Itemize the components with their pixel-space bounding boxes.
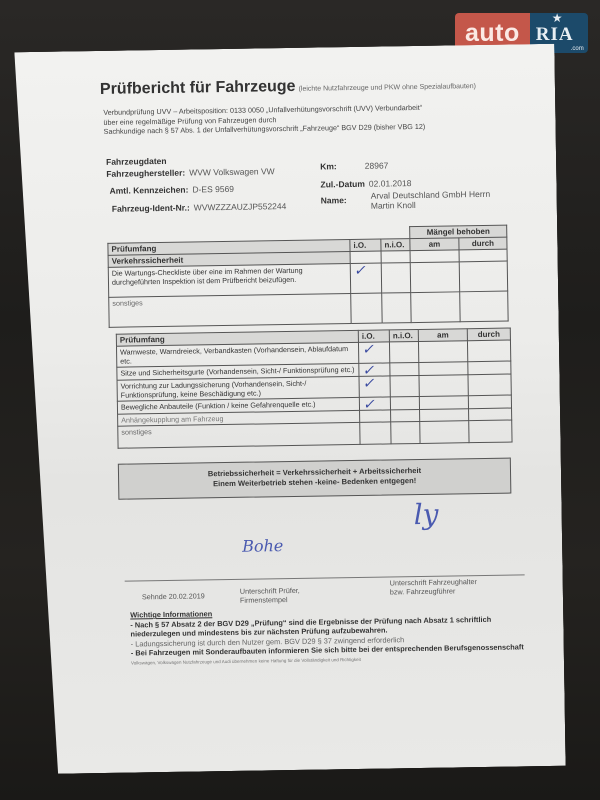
- check-mark-icon: ✓: [358, 342, 389, 363]
- km-field: Km:28967: [320, 160, 388, 171]
- title-text: Prüfbericht für Fahrzeuge: [100, 78, 296, 98]
- other-row-text: sonstiges: [118, 422, 360, 448]
- watermark-ria-text: RIA: [536, 24, 574, 46]
- col-by: durch: [459, 237, 507, 250]
- plate-field: Amtl. Kennzeichen:D-ES 9569: [109, 184, 234, 196]
- inspection-report-paper: Prüfbericht für Fahrzeuge(leichte Nutzfa…: [14, 44, 565, 774]
- owner-signature: ly: [413, 498, 438, 531]
- owner-label: Unterschrift Fahrzeughalter bzw. Fahrzeu…: [390, 577, 480, 596]
- vin-field: Fahrzeug-Ident-Nr.:WVWZZZAUZJP552244: [112, 201, 287, 214]
- col-nok: n.i.O.: [381, 239, 410, 251]
- col-on: am: [410, 238, 459, 251]
- important-information: Wichtige Informationen - Nach § 57 Absat…: [130, 604, 531, 666]
- inspector-label: Unterschrift Prüfer, Firmenstempel: [240, 586, 320, 605]
- name-field: Name:: [321, 195, 347, 205]
- reg-date-field: Zul.-Datum02.01.2018: [320, 178, 411, 189]
- check-mark-icon: ✓: [359, 376, 390, 397]
- col-nok: n.i.O.: [389, 329, 418, 341]
- plate-label: Amtl. Kennzeichen:: [109, 185, 188, 196]
- watermark-com-text: .com: [571, 46, 584, 52]
- traffic-safety-table: Mängel behoben Prüfumfang i.O. n.i.O. am…: [107, 225, 508, 328]
- name-label: Name:: [321, 195, 347, 205]
- check-mark-icon: ✓: [359, 397, 390, 410]
- work-safety-table: Prüfumfang i.O. n.i.O. am durch Warnwest…: [116, 328, 513, 449]
- reg-date-value: 02.01.2018: [369, 178, 412, 189]
- km-value: 28967: [365, 160, 389, 170]
- manufacturer-value: WVW Volkswagen VW: [189, 166, 275, 177]
- col-ok: i.O.: [350, 239, 381, 251]
- star-icon: ★: [552, 11, 563, 25]
- manufacturer-label: Fahrzeughersteller:: [106, 168, 185, 179]
- vin-label: Fahrzeug-Ident-Nr.:: [112, 203, 190, 214]
- vehicle-data-heading: Fahrzeugdaten: [106, 156, 167, 167]
- reg-date-label: Zul.-Datum: [320, 179, 365, 190]
- inspector-signature: Bohe: [242, 536, 283, 556]
- manufacturer-field: Fahrzeughersteller:WVW Volkswagen VW: [106, 166, 275, 179]
- report-title: Prüfbericht für Fahrzeuge(leichte Nutzfa…: [100, 75, 476, 99]
- col-on: am: [418, 329, 467, 342]
- checklist-row-text: Die Wartungs-Checkliste über eine im Rah…: [108, 264, 350, 298]
- plate-value: D-ES 9569: [192, 184, 234, 195]
- other-row-text: sonstiges: [109, 294, 351, 328]
- name-line: Martin Knoll: [371, 199, 491, 211]
- report-intro: Verbundprüfung UVV – Arbeitsposition: 01…: [103, 102, 503, 137]
- vin-value: WVWZZZAUZJP552244: [194, 201, 287, 212]
- km-label: Km:: [320, 161, 337, 171]
- name-line: Arval Deutschland GmbH Herrn: [371, 189, 491, 201]
- name-value: Arval Deutschland GmbH Herrn Martin Knol…: [371, 189, 491, 211]
- vehicle-data: Fahrzeugdaten Fahrzeughersteller:WVW Vol…: [106, 150, 526, 157]
- col-by: durch: [467, 328, 510, 341]
- operational-safety-summary: Betriebssicherheit = Verkehrssicherheit …: [118, 458, 512, 500]
- signature-labels: Sehnde 20.02.2019 Unterschrift Prüfer, F…: [125, 582, 545, 589]
- place-date: Sehnde 20.02.2019: [142, 591, 205, 601]
- title-subtitle: (leichte Nutzfahrzeuge und PKW ohne Spez…: [299, 83, 477, 93]
- check-mark-icon: ✓: [350, 263, 381, 293]
